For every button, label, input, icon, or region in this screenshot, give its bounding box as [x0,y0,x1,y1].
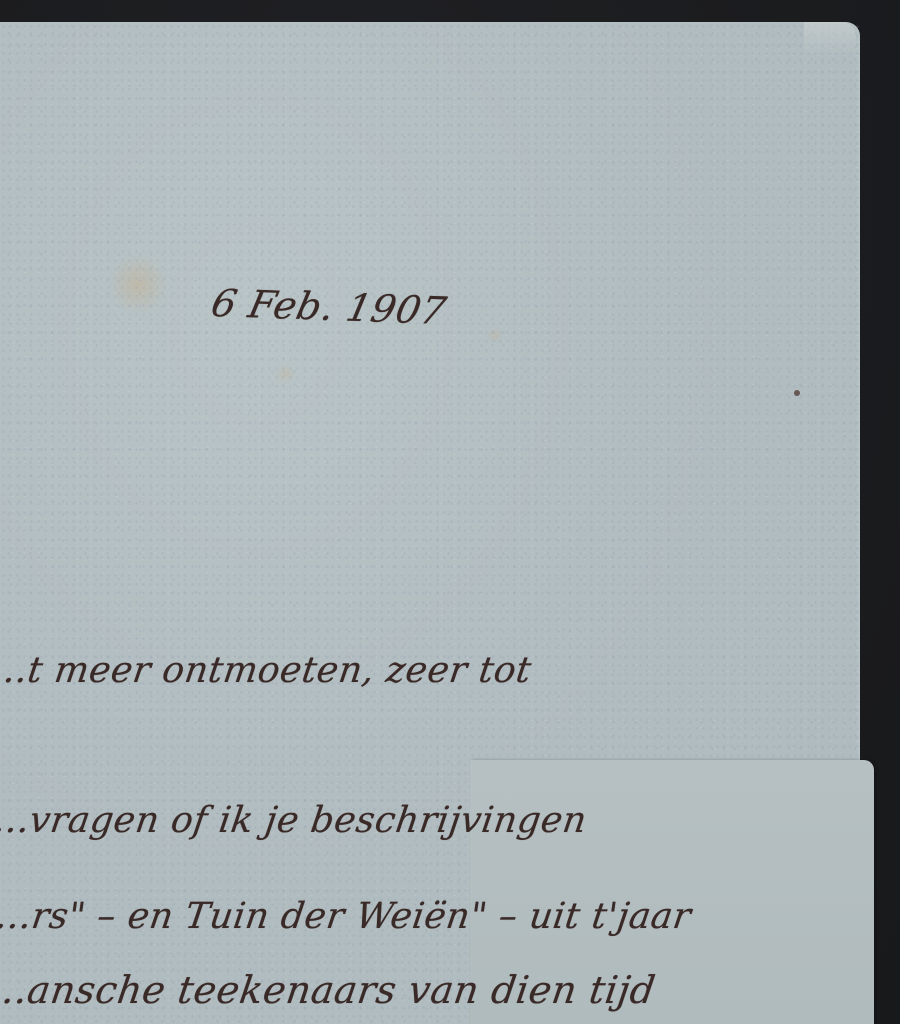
scanned-document: 6 Feb. 1907 ...t meer ontmoeten, zeer to… [0,0,900,1024]
letter-date: 6 Feb. 1907 [207,281,450,333]
letter-line-4: ...ansche teekenaars van dien tijd [0,968,658,1012]
paper-corner [804,22,856,56]
letter-line-2: ...vragen of ik je beschrijvingen [0,800,589,841]
letter-line-3: ...rs" – en Tuin der Weiën" – uit t'jaar [0,896,694,937]
ink-spot [794,390,800,396]
letter-line-1: ...t meer ontmoeten, zeer tot [0,650,534,691]
